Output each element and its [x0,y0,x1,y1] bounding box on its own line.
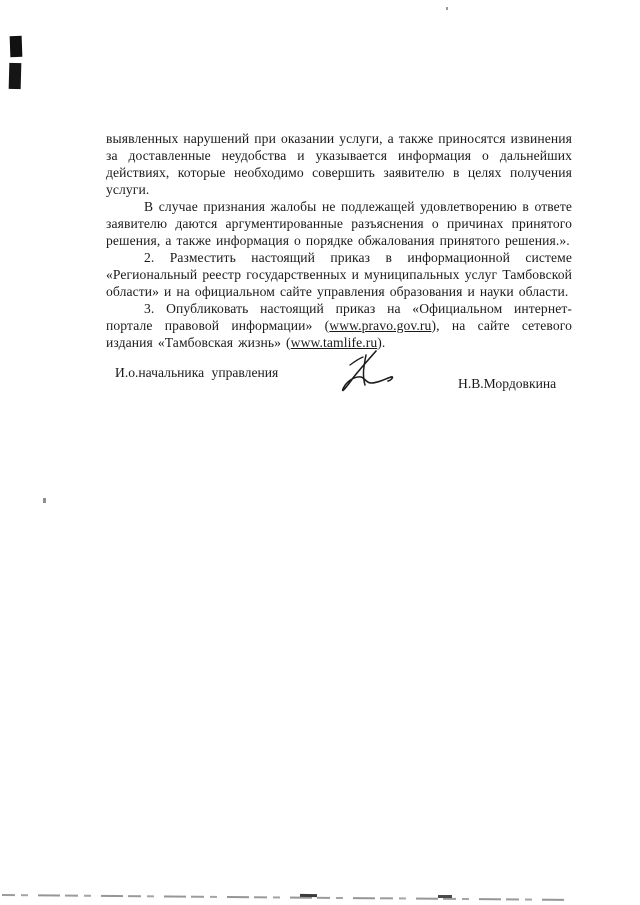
paragraph-complaint-refusal: В случае признания жалобы не подлежащей … [106,198,572,249]
signer-name: Н.В.Мордовкина [458,376,556,392]
scan-bottom-dark-segment-2 [438,895,452,898]
handwritten-signature [330,345,396,395]
paragraph-item-2: 2. Разместить настоящий приказ в информа… [106,249,572,300]
link-pravo-gov-ru: www.pravo.gov.ru [329,318,431,333]
signature-row: И.о.начальника управления Н.В.Мордовкина [106,363,572,408]
scan-speck-top [446,7,448,10]
scan-bottom-dashed-line [2,893,564,901]
paragraph-continuation: выявленных нарушений при оказании услуги… [106,130,572,198]
document-body: выявленных нарушений при оказании услуги… [106,130,572,351]
scanned-document-page: выявленных нарушений при оказании услуги… [0,0,640,905]
scan-artifact-mark-bottom [9,63,22,89]
scan-speck-left-margin [43,498,46,503]
paragraph-item-3: 3. Опубликовать настоящий приказ на «Офи… [106,300,572,351]
scan-artifact-mark-top [10,36,23,57]
scan-bottom-dark-segment-1 [300,894,317,897]
signer-position-label: И.о.начальника управления [115,365,278,381]
